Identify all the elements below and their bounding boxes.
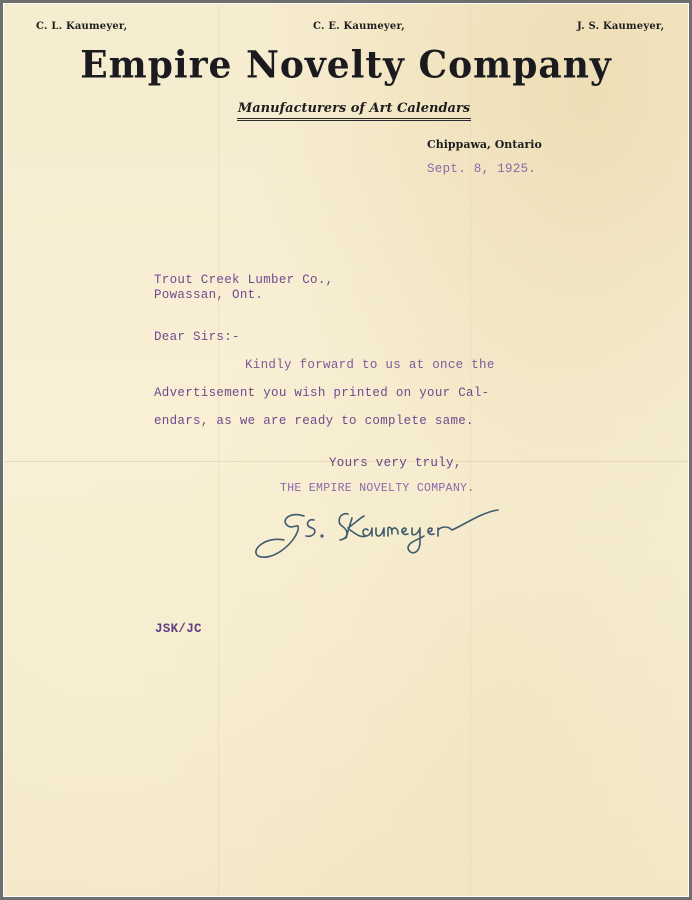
body-line: endars, as we are ready to complete same… (154, 414, 474, 428)
recipient-address: Powassan, Ont. (154, 288, 263, 302)
company-location: Chippawa, Ontario (427, 138, 542, 151)
reference-initials: JSK/JC (155, 622, 202, 636)
handwritten-signature: J.S. Kaumeyer (252, 500, 502, 566)
body-line: Advertisement you wish printed on your C… (154, 386, 489, 400)
partner-name: C. E. Kaumeyer, (313, 21, 405, 32)
body-line: Kindly forward to us at once the (245, 358, 495, 372)
partner-name: C. L. Kaumeyer, (36, 21, 127, 32)
partner-name: J. S. Kaumeyer, (577, 21, 664, 32)
closing: Yours very truly, (329, 456, 462, 470)
signoff-company: THE EMPIRE NOVELTY COMPANY. (280, 482, 474, 495)
company-name: Empire Novelty Company (0, 43, 692, 87)
letter-date: Sept. 8, 1925. (427, 162, 536, 176)
salutation: Dear Sirs:- (154, 330, 240, 344)
paper-fold-line (218, 4, 219, 896)
company-tagline: Manufacturers of Art Calendars (237, 101, 471, 121)
letter-paper (4, 4, 688, 896)
recipient-name: Trout Creek Lumber Co., (154, 273, 333, 287)
